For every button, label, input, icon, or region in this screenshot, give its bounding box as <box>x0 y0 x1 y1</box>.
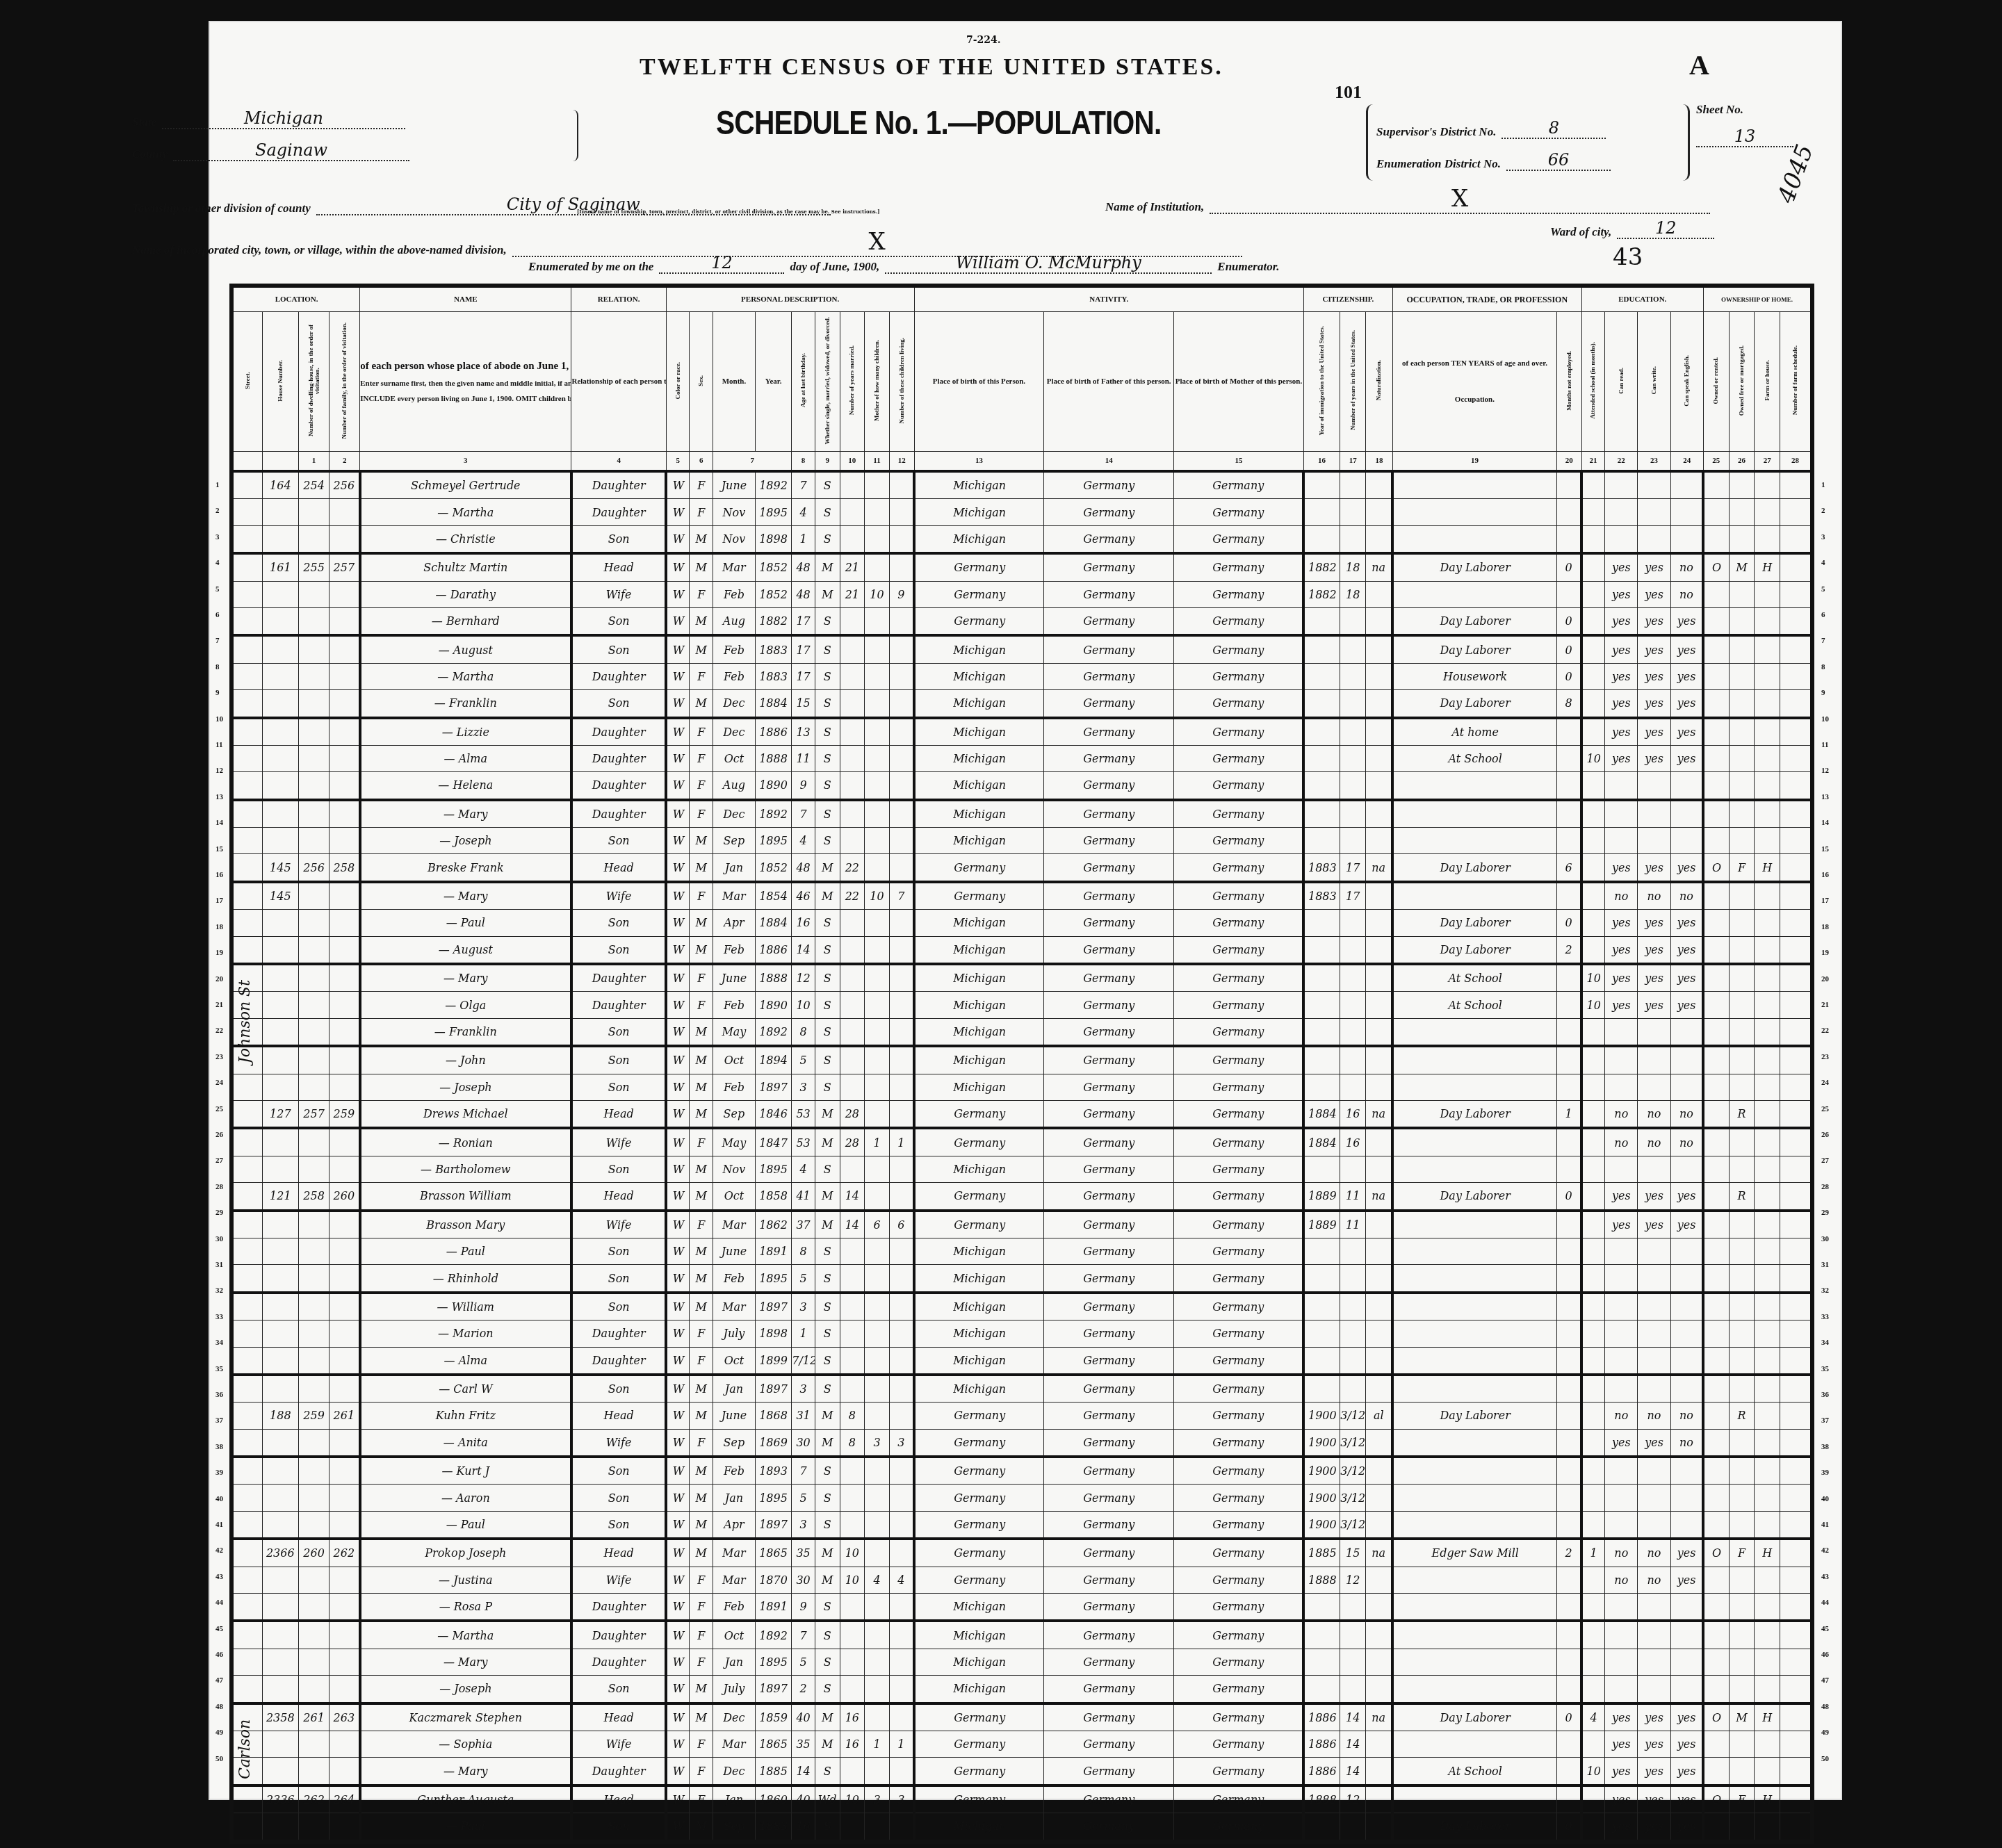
cell-immig <box>1303 499 1340 525</box>
line-number: 48 <box>1821 1703 1829 1711</box>
cell-color: W <box>666 1128 690 1156</box>
cell-occ: At School <box>1392 745 1556 771</box>
cell-farm <box>1755 772 1780 800</box>
cell-name: — Justina <box>360 1567 571 1593</box>
cell-occ <box>1392 581 1556 607</box>
cell-marital: M <box>815 882 840 910</box>
cell-free <box>1729 499 1755 525</box>
cell-name: — Bartholomew <box>360 1156 571 1182</box>
cell-age: 7 <box>792 800 815 828</box>
cell-street <box>231 1429 262 1457</box>
cell-yrs-married <box>840 800 865 828</box>
cell-pob-mother: Germany <box>1174 1375 1304 1403</box>
cell-pob: Michigan <box>914 992 1044 1018</box>
cell-name: — Franklin <box>360 690 571 718</box>
colnum: 10 <box>840 452 865 472</box>
cell-pob-father: Germany <box>1044 1347 1174 1375</box>
cell-write: no <box>1638 1128 1670 1156</box>
cell-house <box>262 1320 298 1347</box>
cell-pob: Michigan <box>914 1265 1044 1293</box>
line-number: 46 <box>215 1651 223 1659</box>
cell-own <box>1703 1731 1729 1757</box>
cell-sched <box>1780 1375 1812 1403</box>
cell-year: 1854 <box>755 882 791 910</box>
cell-age: 15 <box>792 690 815 718</box>
line-number: 6 <box>215 611 220 619</box>
cell-pob: Germany <box>914 1785 1044 1813</box>
line-number: 23 <box>215 1053 223 1061</box>
line-number: 11 <box>215 741 222 749</box>
cell-pob-mother: Germany <box>1174 1676 1304 1703</box>
cell-free <box>1729 1813 1755 1842</box>
cell-house <box>262 1649 298 1675</box>
cell-color: W <box>666 1238 690 1264</box>
cell-school <box>1581 772 1605 800</box>
cell-color: W <box>666 882 690 910</box>
cell-pob-father: Germany <box>1044 690 1174 718</box>
cell-write <box>1638 1485 1670 1511</box>
cell-natur <box>1366 1649 1393 1675</box>
cell-dwelling <box>299 663 329 689</box>
cell-mother-of <box>865 1375 890 1403</box>
cell-yrs-us: 17 <box>1340 854 1366 882</box>
cell-marital: S <box>815 1265 840 1293</box>
line-number: 49 <box>215 1728 223 1737</box>
cell-natur <box>1366 828 1393 854</box>
cell-own <box>1703 1211 1729 1238</box>
supervisor-field: Supervisor's District No. 8 <box>1376 118 1606 139</box>
table-row: — JustinaWifeWFMar187030M1044GermanyGerm… <box>231 1567 1812 1593</box>
cell-age: 16 <box>792 1813 815 1842</box>
cell-rel: Wife <box>571 1128 666 1156</box>
cell-english: yes <box>1670 607 1703 635</box>
cell-age: 11 <box>792 745 815 771</box>
stamp-number: 101 <box>1335 82 1362 103</box>
cell-name: — Christie <box>360 525 571 553</box>
cell-read <box>1605 471 1638 499</box>
cell-street <box>231 745 262 771</box>
cell-yrs-us: 17 <box>1340 882 1366 910</box>
cell-house <box>262 800 298 828</box>
cell-pob: Germany <box>914 1703 1044 1731</box>
cell-mother-of <box>865 772 890 800</box>
cell-natur <box>1366 499 1393 525</box>
cell-pob-father: Germany <box>1044 1375 1174 1403</box>
cell-pob: Germany <box>914 1539 1044 1567</box>
cell-family <box>329 1511 360 1539</box>
cell-mother-of <box>865 992 890 1018</box>
cell-school <box>1581 910 1605 936</box>
cell-own <box>1703 1457 1729 1485</box>
line-number: 13 <box>1821 793 1829 801</box>
line-number: 44 <box>1821 1598 1829 1607</box>
header-name: NAME <box>360 286 571 312</box>
line-number: 39 <box>1821 1469 1829 1477</box>
cell-name: Schmeyel Gertrude <box>360 471 571 499</box>
cell-family <box>329 828 360 854</box>
cell-free <box>1729 718 1755 746</box>
table-row: — SophiaWifeWFMar186535M1611GermanyGerma… <box>231 1731 1812 1757</box>
cell-yrs-us <box>1340 964 1366 992</box>
cell-read: yes <box>1605 607 1638 635</box>
cell-age: 9 <box>792 772 815 800</box>
cell-write: no <box>1638 1539 1670 1567</box>
cell-house <box>262 1293 298 1320</box>
cell-mother-of <box>865 525 890 553</box>
cell-sex: M <box>690 1457 713 1485</box>
cell-write <box>1638 1265 1670 1293</box>
col-naturalization: Naturalization. <box>1366 312 1393 452</box>
line-number: 37 <box>1821 1416 1829 1425</box>
cell-unemp <box>1556 1211 1581 1238</box>
cell-occ <box>1392 1785 1556 1813</box>
table-row: — JosephSonWMFeb18973SMichiganGermanyGer… <box>231 1074 1812 1100</box>
cell-house <box>262 635 298 663</box>
cell-natur <box>1366 1813 1393 1842</box>
table-row: Brasson MaryWifeWFMar186237M1466GermanyG… <box>231 1211 1812 1238</box>
cell-unemp <box>1556 1375 1581 1403</box>
cell-free <box>1729 1018 1755 1046</box>
cell-pob-father: Germany <box>1044 499 1174 525</box>
cell-house <box>262 1375 298 1403</box>
cell-yrs-married <box>840 964 865 992</box>
cell-pob-mother: Germany <box>1174 854 1304 882</box>
line-number: 18 <box>1821 923 1829 931</box>
cell-yrs-married <box>840 1074 865 1100</box>
cell-family <box>329 499 360 525</box>
cell-month: Mar <box>713 1731 755 1757</box>
cell-color: W <box>666 1511 690 1539</box>
cell-immig <box>1303 992 1340 1018</box>
cell-pob: Germany <box>914 1485 1044 1511</box>
col-attended-school: Attended school (in months). <box>1581 312 1605 452</box>
cell-pob-father: Germany <box>1044 1758 1174 1785</box>
cell-mother-of <box>865 1676 890 1703</box>
cell-read <box>1605 1621 1638 1649</box>
cell-pob-father: Germany <box>1044 854 1174 882</box>
cell-dwelling <box>299 772 329 800</box>
cell-occ: Day Laborer <box>1392 936 1556 964</box>
cell-age: 3 <box>792 1375 815 1403</box>
cell-month: Mar <box>713 1567 755 1593</box>
line-number: 45 <box>215 1625 223 1633</box>
cell-age: 7 <box>792 1621 815 1649</box>
cell-rel: Head <box>571 854 666 882</box>
cell-name: — Rhinhold <box>360 1265 571 1293</box>
cell-rel: Son <box>571 1813 666 1842</box>
cell-farm <box>1755 1813 1780 1842</box>
cell-living: 4 <box>889 1567 914 1593</box>
cell-read <box>1605 1293 1638 1320</box>
cell-mother-of <box>865 690 890 718</box>
cell-sched <box>1780 800 1812 828</box>
cell-name: — William <box>360 1293 571 1320</box>
cell-marital: S <box>815 607 840 635</box>
cell-english: yes <box>1670 1183 1703 1211</box>
line-number: 26 <box>1821 1131 1829 1139</box>
cell-pob: Michigan <box>914 1621 1044 1649</box>
cell-farm <box>1755 1375 1780 1403</box>
cell-street <box>231 1785 262 1813</box>
header-location: LOCATION. <box>231 286 360 312</box>
cell-rel: Son <box>571 1457 666 1485</box>
cell-family <box>329 1375 360 1403</box>
cell-unemp <box>1556 718 1581 746</box>
cell-sex: F <box>690 1128 713 1156</box>
cell-mother-of <box>865 1758 890 1785</box>
cell-farm <box>1755 800 1780 828</box>
col-immigration-year: Year of immigration to the United States… <box>1303 312 1340 452</box>
line-number: 50 <box>1821 1755 1829 1763</box>
cell-sched <box>1780 1594 1812 1621</box>
cell-sched <box>1780 1211 1812 1238</box>
cell-yrs-married <box>840 772 865 800</box>
cell-month: Apr <box>713 1511 755 1539</box>
cell-sex: M <box>690 607 713 635</box>
cell-unemp: 0 <box>1556 910 1581 936</box>
cell-rel: Daughter <box>571 745 666 771</box>
cell-street <box>231 1156 262 1182</box>
cell-house <box>262 1594 298 1621</box>
table-row: — JohnSonWMOct18945SMichiganGermanyGerma… <box>231 1046 1812 1074</box>
cell-marital: M <box>815 1731 840 1757</box>
cell-name: — Anita <box>360 1429 571 1457</box>
cell-pob-father: Germany <box>1044 1211 1174 1238</box>
cell-immig: 1900 <box>1303 1511 1340 1539</box>
cell-pob-father: Germany <box>1044 635 1174 663</box>
cell-sex: F <box>690 1211 713 1238</box>
cell-rel: Son <box>571 910 666 936</box>
cell-own: O <box>1703 1539 1729 1567</box>
line-number: 27 <box>1821 1156 1829 1165</box>
cell-read <box>1605 499 1638 525</box>
cell-marital: S <box>815 1046 840 1074</box>
cell-name: Kuhn Fritz <box>360 1403 571 1429</box>
cell-yrs-married <box>840 1320 865 1347</box>
cell-pob: Michigan <box>914 1649 1044 1675</box>
cell-color: W <box>666 499 690 525</box>
cell-sex: M <box>690 828 713 854</box>
table-row: — FranklinSonWMDec188415SMichiganGermany… <box>231 690 1812 718</box>
cell-pob-father: Germany <box>1044 471 1174 499</box>
cell-dwelling <box>299 1074 329 1100</box>
street-note: Carlson <box>236 1719 254 1779</box>
cell-house <box>262 1621 298 1649</box>
cell-dwelling <box>299 1046 329 1074</box>
cell-year: 1899 <box>755 1347 791 1375</box>
cell-rel: Daughter <box>571 1649 666 1675</box>
cell-yrs-us <box>1340 1293 1366 1320</box>
cell-age: 2 <box>792 1676 815 1703</box>
cell-mother-of <box>865 1156 890 1182</box>
cell-dwelling <box>299 1457 329 1485</box>
cell-unemp <box>1556 1347 1581 1375</box>
cell-dwelling <box>299 1649 329 1675</box>
cell-farm: H <box>1755 1785 1780 1813</box>
cell-sched <box>1780 992 1812 1018</box>
cell-marital: M <box>815 854 840 882</box>
cell-free: R <box>1729 1403 1755 1429</box>
state-label: State <box>132 115 156 129</box>
cell-age: 40 <box>792 1703 815 1731</box>
cell-year: 1894 <box>755 1046 791 1074</box>
cell-year: 1883 <box>755 1813 791 1842</box>
cell-own <box>1703 992 1729 1018</box>
cell-mother-of <box>865 635 890 663</box>
cell-english <box>1670 1457 1703 1485</box>
cell-unemp <box>1556 1758 1581 1785</box>
cell-free <box>1729 1429 1755 1457</box>
line-number: 31 <box>1821 1261 1829 1269</box>
cell-marital: M <box>815 1567 840 1593</box>
cell-mother-of <box>865 1457 890 1485</box>
cell-english: yes <box>1670 635 1703 663</box>
colnum: 16 <box>1303 452 1340 472</box>
cell-family: 262 <box>329 1539 360 1567</box>
cell-pob-mother: Germany <box>1174 1621 1304 1649</box>
cell-unemp <box>1556 499 1581 525</box>
cell-mother-of: 3 <box>865 1785 890 1813</box>
cell-farm <box>1755 1758 1780 1785</box>
cell-own: O <box>1703 1785 1729 1813</box>
cell-age: 5 <box>792 1265 815 1293</box>
line-number: 33 <box>1821 1313 1829 1321</box>
line-number: 9 <box>215 689 220 697</box>
line-number: 42 <box>215 1546 223 1555</box>
cell-age: 37 <box>792 1211 815 1238</box>
cell-write: yes <box>1638 1785 1670 1813</box>
cell-write: yes <box>1638 1731 1670 1757</box>
cell-sched <box>1780 1347 1812 1375</box>
table-row: — PaulSonWMSep188316SMichiganGermanyGerm… <box>231 1813 1812 1842</box>
cell-living <box>889 992 914 1018</box>
cell-street <box>231 1320 262 1347</box>
cell-dwelling <box>299 581 329 607</box>
cell-age: 5 <box>792 1485 815 1511</box>
cell-color: W <box>666 1183 690 1211</box>
cell-family: 259 <box>329 1100 360 1128</box>
cell-rel: Son <box>571 1156 666 1182</box>
cell-yrs-us <box>1340 828 1366 854</box>
cell-dwelling <box>299 1813 329 1842</box>
cell-living <box>889 772 914 800</box>
colnum: 11 <box>865 452 890 472</box>
cell-mother-of: 1 <box>865 1128 890 1156</box>
col-pob-person: Place of birth of this Person. <box>914 312 1044 452</box>
cell-own <box>1703 690 1729 718</box>
cell-school <box>1581 1100 1605 1128</box>
cell-school: 1 <box>1581 1539 1605 1567</box>
cell-color: W <box>666 663 690 689</box>
colnum: 24 <box>1670 452 1703 472</box>
cell-yrs-married <box>840 1457 865 1485</box>
cell-living <box>889 1703 914 1731</box>
cell-pob: Germany <box>914 854 1044 882</box>
cell-age: 48 <box>792 581 815 607</box>
cell-sex: M <box>690 1046 713 1074</box>
cell-living <box>889 936 914 964</box>
cell-own <box>1703 1511 1729 1539</box>
cell-school <box>1581 1128 1605 1156</box>
colnum: 18 <box>1366 452 1393 472</box>
cell-unemp: 0 <box>1556 607 1581 635</box>
line-number: 37 <box>215 1416 223 1425</box>
cell-school <box>1581 607 1605 635</box>
cell-color: W <box>666 1156 690 1182</box>
cell-own <box>1703 1594 1729 1621</box>
cell-pob-father: Germany <box>1044 1621 1174 1649</box>
cell-name: — John <box>360 1046 571 1074</box>
cell-color: W <box>666 1293 690 1320</box>
cell-color: W <box>666 964 690 992</box>
cell-farm <box>1755 1594 1780 1621</box>
cell-occ <box>1392 1320 1556 1347</box>
cell-natur <box>1366 1429 1393 1457</box>
cell-year: 1847 <box>755 1128 791 1156</box>
cell-farm <box>1755 1511 1780 1539</box>
cell-yrs-us: 16 <box>1340 1100 1366 1128</box>
cell-school <box>1581 800 1605 828</box>
cell-color: W <box>666 1429 690 1457</box>
cell-family <box>329 1074 360 1100</box>
cell-sex: M <box>690 1813 713 1842</box>
cell-pob-mother: Germany <box>1174 581 1304 607</box>
cell-rel: Head <box>571 1403 666 1429</box>
colnum: 25 <box>1703 452 1729 472</box>
cell-month: Jan <box>713 1375 755 1403</box>
line-number: 6 <box>1821 611 1825 619</box>
col-mother-of: Mother of how many children. <box>865 312 890 452</box>
cell-marital: M <box>815 581 840 607</box>
cell-name: Schultz Martin <box>360 553 571 581</box>
cell-year: 1892 <box>755 471 791 499</box>
cell-age: 14 <box>792 1758 815 1785</box>
cell-color: W <box>666 772 690 800</box>
cell-natur <box>1366 663 1393 689</box>
cell-occ <box>1392 828 1556 854</box>
cell-yrs-married <box>840 690 865 718</box>
cell-age: 8 <box>792 1018 815 1046</box>
cell-sex: M <box>690 1676 713 1703</box>
cell-farm <box>1755 910 1780 936</box>
col-name-desc: of each person whose place of abode on J… <box>360 312 571 452</box>
cell-occ <box>1392 1649 1556 1675</box>
cell-pob: Germany <box>914 882 1044 910</box>
cell-sched <box>1780 1128 1812 1156</box>
table-row: — LizzieDaughterWFDec188613SMichiganGerm… <box>231 718 1812 746</box>
cell-sex: M <box>690 854 713 882</box>
cell-dwelling <box>299 1594 329 1621</box>
cell-sex: F <box>690 1758 713 1785</box>
cell-sched <box>1780 828 1812 854</box>
cell-natur: na <box>1366 553 1393 581</box>
cell-street <box>231 1211 262 1238</box>
cell-age: 4 <box>792 1156 815 1182</box>
cell-marital: S <box>815 800 840 828</box>
cell-read: yes <box>1605 635 1638 663</box>
cell-read: yes <box>1605 745 1638 771</box>
cell-age: 7 <box>792 471 815 499</box>
cell-pob-mother: Germany <box>1174 525 1304 553</box>
cell-rel: Son <box>571 1238 666 1264</box>
cell-pob-father: Germany <box>1044 1100 1174 1128</box>
state-value: Michigan <box>162 108 405 129</box>
col-occupation: of each person TEN YEARS of age and over… <box>1392 312 1556 452</box>
cell-living <box>889 1649 914 1675</box>
cell-mother-of <box>865 1703 890 1731</box>
cell-farm <box>1755 882 1780 910</box>
cell-family <box>329 1156 360 1182</box>
